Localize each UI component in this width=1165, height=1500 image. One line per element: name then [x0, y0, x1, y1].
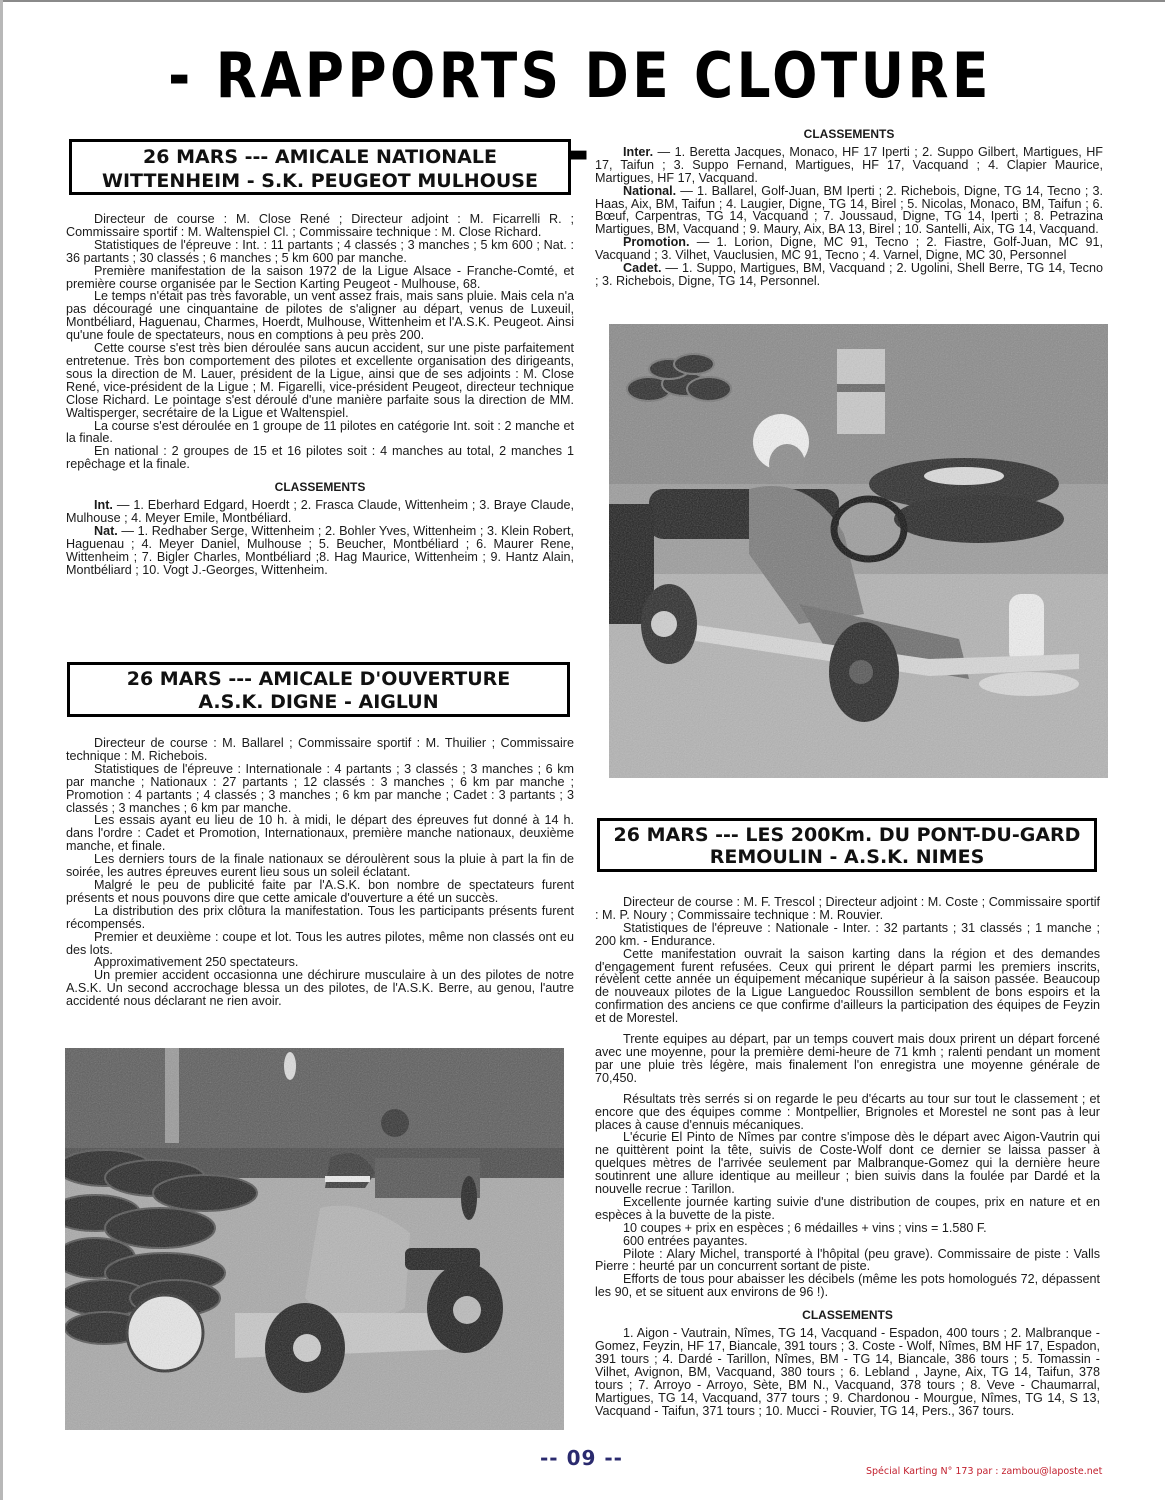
- article3-paragraph: Trente equipes au départ, par un temps c…: [595, 1033, 1100, 1085]
- article3-body: Directeur de course : M. F. Trescol ; Di…: [595, 896, 1100, 1417]
- article2-classements: CLASSEMENTS Inter. — 1. Beretta Jacques,…: [595, 128, 1103, 288]
- credit-line: Spécial Karting N° 173 par : zambou@lapo…: [866, 1466, 1102, 1477]
- article3-paragraph: Directeur de course : M. F. Trescol ; Di…: [595, 896, 1100, 922]
- article1-paragraph: Cette course s'est très bien déroulée sa…: [66, 342, 574, 419]
- category-results: — 1. Suppo, Martigues, BM, Vacquand ; 2.…: [595, 261, 1103, 288]
- article3-paragraph: Efforts de tous pour abaisser les décibe…: [595, 1273, 1100, 1299]
- article2-heading-line2: A.S.K. DIGNE - AIGLUN: [70, 691, 567, 714]
- category-label: Promotion.: [623, 235, 689, 249]
- article1-paragraph: Statistiques de l'épreuve : Int. : 11 pa…: [66, 239, 574, 265]
- article1-paragraph: Le temps n'était pas très favorable, un …: [66, 290, 574, 342]
- category-label: Int.: [94, 498, 113, 512]
- page-number: -- 09 --: [540, 1446, 623, 1470]
- article2-classement-promotion: Promotion. — 1. Lorion, Digne, MC 91, Te…: [595, 236, 1103, 262]
- article1-paragraph: Directeur de course : M. Close René ; Di…: [66, 213, 574, 239]
- article2-paragraph: Premier et deuxième : coupe et lot. Tous…: [66, 931, 574, 957]
- article3-paragraph: Cette manifestation ouvrait la saison ka…: [595, 948, 1100, 1025]
- article2-heading-line1: 26 MARS --- AMICALE D'OUVERTURE: [70, 668, 567, 691]
- article1-classement-int: Int. — 1. Eberhard Edgard, Hoerdt ; 2. F…: [66, 499, 574, 525]
- article2-paragraph: Directeur de course : M. Ballarel ; Comm…: [66, 737, 574, 763]
- article3-paragraph: Résultats très serrés si on regarde le p…: [595, 1093, 1100, 1132]
- article1-paragraph: En national : 2 groupes de 15 et 16 pilo…: [66, 445, 574, 471]
- article3-paragraph: Statistiques de l'épreuve : Nationale - …: [595, 922, 1100, 948]
- article2-classement-national: National. — 1. Ballarel, Golf-Juan, BM I…: [595, 185, 1103, 237]
- article3-heading-box: 26 MARS --- LES 200Km. DU PONT-DU-GARD R…: [597, 818, 1097, 872]
- article2-paragraph: La distribution des prix clôtura la mani…: [66, 905, 574, 931]
- article3-paragraph: Pilote : Alary Michel, transporté à l'hô…: [595, 1248, 1100, 1274]
- category-results: — 1. Redhaber Serge, Wittenheim ; 2. Boh…: [66, 524, 574, 577]
- photo-karts-racing: [65, 1048, 564, 1430]
- article3-classements-title: CLASSEMENTS: [595, 1309, 1100, 1322]
- article2-classement-inter: Inter. — 1. Beretta Jacques, Monaco, HF …: [595, 146, 1103, 185]
- category-label: National.: [623, 184, 676, 198]
- article1-classement-nat: Nat. — 1. Redhaber Serge, Wittenheim ; 2…: [66, 525, 574, 577]
- top-border: [0, 0, 1165, 2]
- article1-heading-line1: 26 MARS --- AMICALE NATIONALE: [72, 145, 568, 169]
- article1-paragraph: Première manifestation de la saison 1972…: [66, 265, 574, 291]
- article1-paragraph: La course s'est déroulée en 1 groupe de …: [66, 420, 574, 446]
- article2-classements-title: CLASSEMENTS: [595, 128, 1103, 141]
- article3-heading-line2: REMOULIN - A.S.K. NIMES: [600, 846, 1094, 868]
- article2-classement-cadet: Cadet. — 1. Suppo, Martigues, BM, Vacqua…: [595, 262, 1103, 288]
- article2-paragraph: Un premier accident occasionna une déchi…: [66, 969, 574, 1008]
- article2-heading-box: 26 MARS --- AMICALE D'OUVERTURE A.S.K. D…: [67, 662, 570, 717]
- category-label: Cadet.: [623, 261, 662, 275]
- article1-heading-line2: WITTENHEIM - S.K. PEUGEOT MULHOUSE: [72, 169, 568, 193]
- category-label: Nat.: [94, 524, 118, 538]
- article3-heading-line1: 26 MARS --- LES 200Km. DU PONT-DU-GARD: [600, 824, 1094, 846]
- article2-paragraph: Statistiques de l'épreuve : Internationa…: [66, 763, 574, 815]
- article2-paragraph: Les essais ayant eu lieu de 10 h. à midi…: [66, 814, 574, 853]
- article3-paragraph: 600 entrées payantes.: [595, 1235, 1100, 1248]
- article1-body: Directeur de course : M. Close René ; Di…: [66, 213, 574, 576]
- article3-paragraph: L'écurie El Pinto de Nîmes par contre s'…: [595, 1131, 1100, 1196]
- article2-paragraph: Malgré le peu de publicité faite par l'A…: [66, 879, 574, 905]
- article3-paragraph: 10 coupes + prix en espèces ; 6 médaille…: [595, 1222, 1100, 1235]
- category-results: — 1. Beretta Jacques, Monaco, HF 17 Iper…: [595, 145, 1103, 185]
- driver-in-kart-image: [609, 324, 1108, 778]
- article3-classements-text: 1. Aigon - Vautrain, Nîmes, TG 14, Vacqu…: [595, 1327, 1100, 1417]
- karts-racing-image: [65, 1048, 564, 1430]
- left-border: [0, 0, 3, 1500]
- category-label: Inter.: [623, 145, 653, 159]
- article2-body: Directeur de course : M. Ballarel ; Comm…: [66, 737, 574, 1008]
- article1-heading-box: 26 MARS --- AMICALE NATIONALE WITTENHEIM…: [69, 139, 571, 195]
- article3-paragraph: Excellente journée karting suivie d'une …: [595, 1196, 1100, 1222]
- category-results: — 1. Eberhard Edgard, Hoerdt ; 2. Frasca…: [66, 498, 574, 525]
- article1-classements-title: CLASSEMENTS: [66, 481, 574, 494]
- photo-driver-in-kart: [609, 324, 1108, 778]
- article2-paragraph: Les derniers tours de la finale nationau…: [66, 853, 574, 879]
